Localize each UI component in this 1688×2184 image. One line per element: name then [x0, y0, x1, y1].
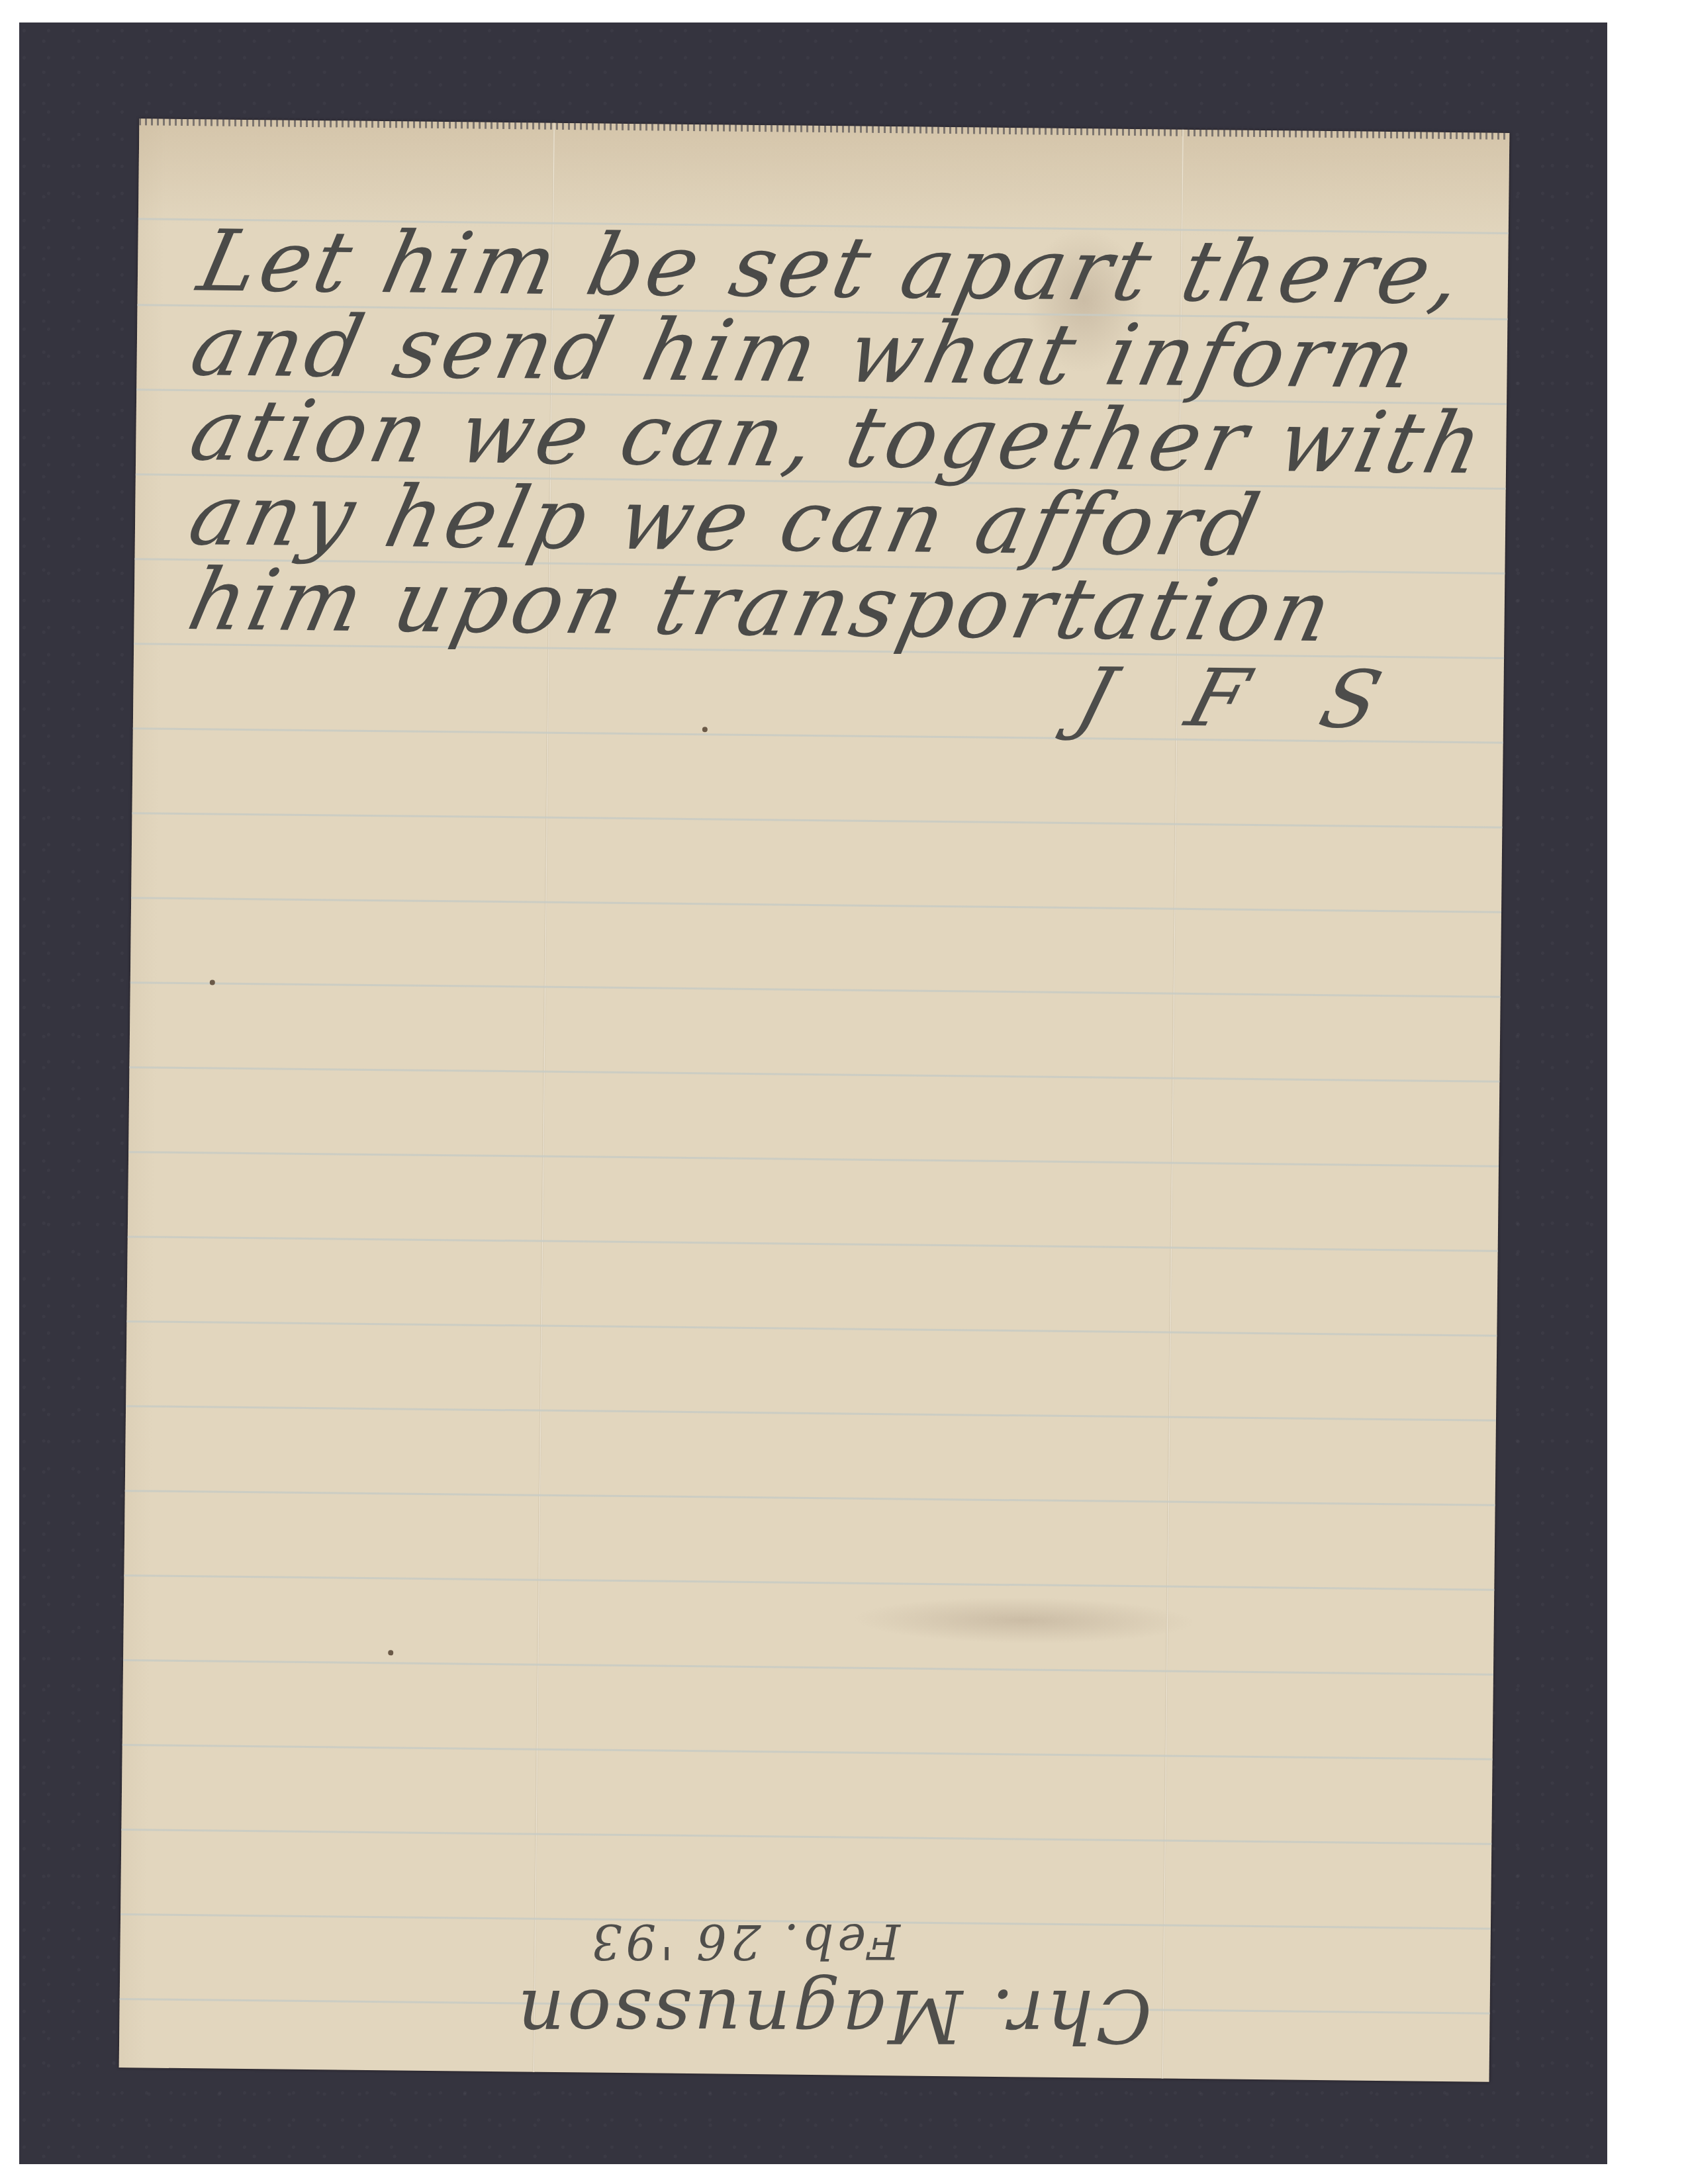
handwritten-line-5: him upon transportation — [180, 551, 1344, 661]
ruled-line — [132, 812, 1502, 829]
signature-initials: J F S — [1067, 651, 1417, 747]
ruled-line — [131, 897, 1501, 913]
ruled-line — [128, 1151, 1499, 1167]
ink-speck — [702, 727, 708, 732]
ruled-line — [121, 1829, 1491, 1845]
ruled-line — [124, 1574, 1494, 1591]
ruled-line — [122, 1744, 1493, 1760]
ink-speck — [210, 979, 215, 985]
docket-date: Feb. 26 '93 — [588, 1913, 900, 1969]
ruled-line — [126, 1405, 1496, 1422]
docket-name: Chr. Magnusson — [515, 1974, 1152, 2058]
ruled-line — [129, 1066, 1499, 1083]
upside-down-docket: Chr. Magnusson Feb. 26 '93 — [583, 1899, 1178, 2058]
ink-speck — [388, 1650, 393, 1655]
ruled-line — [130, 981, 1501, 998]
letter-sheet: Let him be set apart there, and send him… — [119, 118, 1510, 2082]
ruled-line — [128, 1236, 1498, 1252]
ruled-line — [126, 1320, 1497, 1337]
ruled-line — [123, 1659, 1493, 1676]
fold-stain — [851, 1596, 1196, 1645]
ruled-line — [125, 1490, 1495, 1506]
